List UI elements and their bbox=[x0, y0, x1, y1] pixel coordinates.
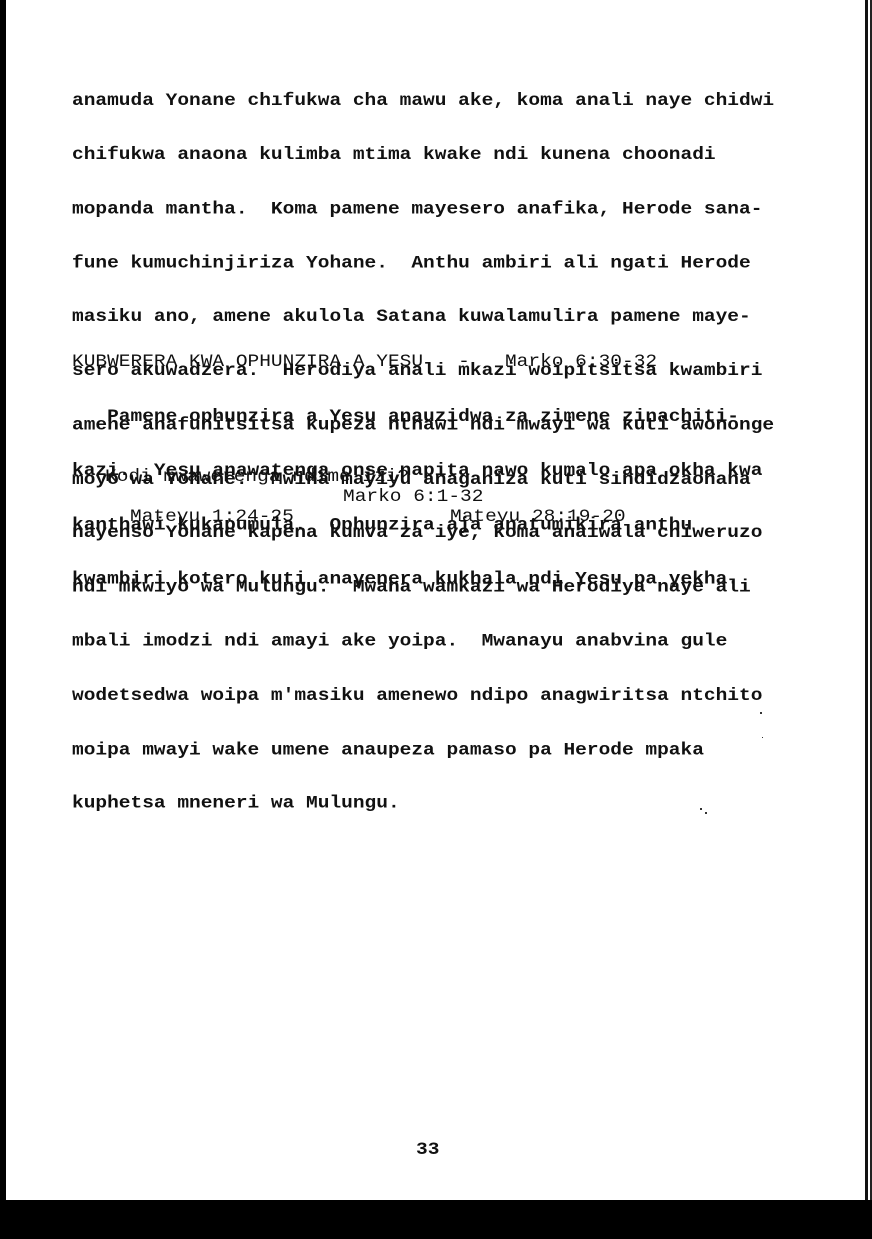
reference-mateyu-28: Mateyu 28:19-20 bbox=[450, 508, 626, 526]
text-line: wodetsedwa woipa m'masiku amenewo ndipo … bbox=[72, 687, 774, 705]
page-number: 33 bbox=[416, 1141, 439, 1159]
text-line: mopanda mantha. Koma pamene mayesero ana… bbox=[72, 200, 774, 218]
text-line: kuphetsa mneneri wa Mulungu. bbox=[72, 795, 774, 813]
text-line: chifukwa anaona kulimba mtima kwake ndi … bbox=[72, 146, 774, 164]
scan-speck bbox=[705, 812, 707, 814]
reference-mateyu-1: Mateyu 1:24-25 bbox=[130, 508, 294, 526]
scan-speck bbox=[762, 737, 763, 738]
scan-border-right bbox=[864, 0, 872, 1200]
reference-marko: Marko 6:1-32 bbox=[343, 488, 483, 506]
text-line: Pamene ophunzira a Yesu anauzidwa za zim… bbox=[72, 408, 762, 426]
scan-speck bbox=[760, 712, 762, 714]
text-line: masiku ano, amene akulola Satana kuwalam… bbox=[72, 308, 774, 326]
text-line: kwambiri kotero kuti anayenera kukhala n… bbox=[72, 570, 762, 588]
review-question: Kodi mwawerenga ndime izi? bbox=[105, 468, 409, 486]
text-line: fune kumuchinjiriza Yohane. Anthu ambiri… bbox=[72, 254, 774, 272]
text-line: moipa mwayi wake umene anaupeza pamaso p… bbox=[72, 741, 774, 759]
scan-speck bbox=[700, 808, 702, 810]
section-heading: KUBWERERA KWA OPHUNZIRA A YESU - Marko 6… bbox=[72, 353, 657, 371]
text-line: anamuda Yonane chıfukwa cha mawu ake, ko… bbox=[72, 92, 774, 110]
scan-border-bottom bbox=[0, 1200, 872, 1239]
text-line: mbali imodzi ndi amayi ake yoipa. Mwanay… bbox=[72, 633, 774, 651]
